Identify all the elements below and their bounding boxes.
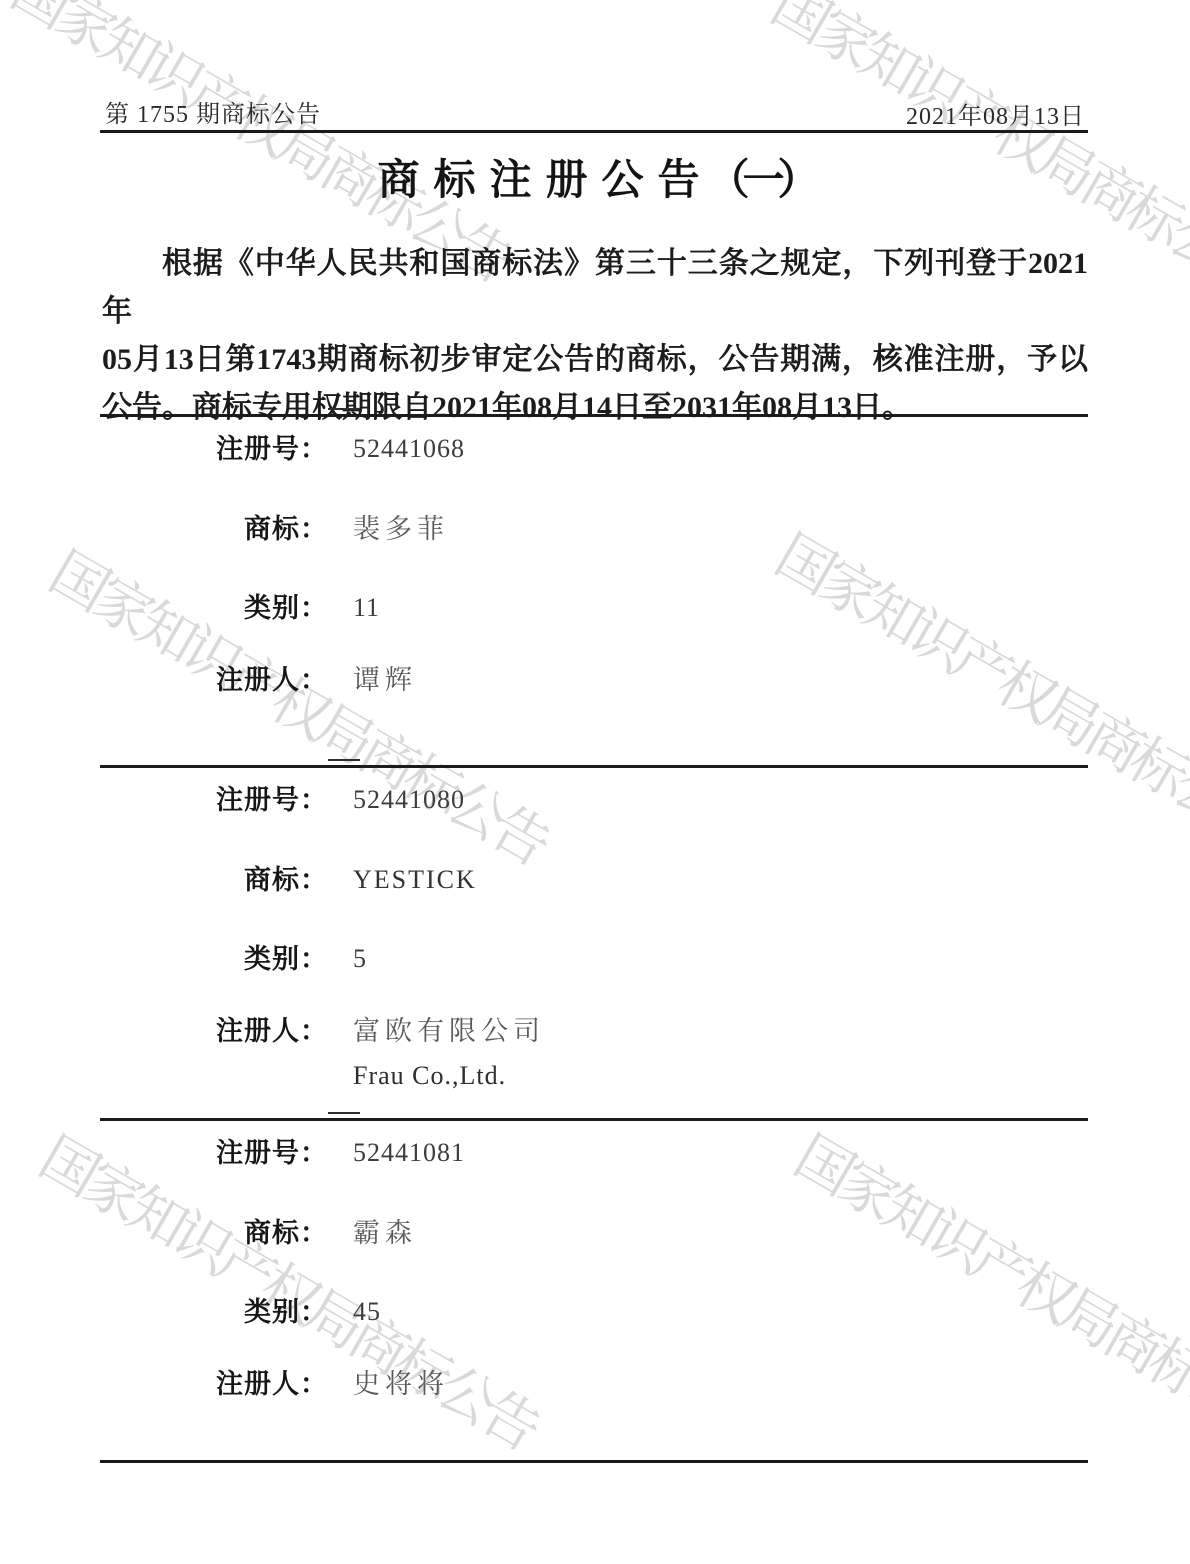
reg-no-row: 注册号： 52441081 [100,1138,1088,1168]
category-row: 类别： 11 [100,593,1088,623]
page-title-main: 商标注册公告 [377,158,713,204]
entry-separator [100,414,1088,417]
category-value: 5 [353,944,367,974]
registrant-label: 注册人： [100,1016,328,1046]
category-label: 类别： [100,944,328,974]
mark-label: 商标： [100,1218,328,1248]
category-row: 类别： 45 [100,1297,1088,1327]
registrant-value: 富欧有限公司 Frau Co.,Ltd. [353,1016,545,1091]
registrant-label: 注册人： [100,665,328,695]
reg-no-row: 注册号： 52441068 [100,434,1088,464]
mark-row: 商标： 裴多菲 [100,514,1088,544]
category-row: 类别： 5 [100,944,1088,974]
trademark-entry: 注册号： 52441068 商标： 裴多菲 类别： 11 注册人： 谭辉 [100,414,1088,765]
registrant-label: 注册人： [100,1369,328,1399]
category-label: 类别： [100,1297,328,1327]
reg-no-label: 注册号： [100,785,328,815]
mark-row: 商标： 霸森 [100,1218,1088,1248]
trademark-entry: 注册号： 52441081 商标： 霸森 类别： 45 注册人： 史将将 [100,1118,1088,1460]
category-value: 11 [353,593,380,623]
reg-no-value: 52441081 [353,1138,465,1168]
entry-separator [100,1118,1088,1121]
reg-no-label: 注册号： [100,1138,328,1168]
category-label: 类别： [100,593,328,623]
registrant-row: 注册人： 富欧有限公司 Frau Co.,Ltd. [100,1016,1088,1091]
mark-label: 商标： [100,865,328,895]
issue-number: 第 1755 期商标公告 [105,94,321,129]
mark-label: 商标： [100,514,328,544]
registrant-name-en: Frau Co.,Ltd. [353,1061,545,1091]
mark-value: YESTICK [353,865,477,895]
intro-line: 根据《中华人民共和国商标法》第三十三条之规定，下列刊登于2021年 [102,240,1088,336]
registrant-row: 注册人： 谭辉 [100,665,1088,695]
bottom-rule [100,1460,1088,1463]
intro-line: 05月13日第1743期商标初步审定公告的商标，公告期满，核准注册，予以 [102,336,1088,384]
publication-date: 2021年08月13日 [906,96,1085,131]
entry-separator [100,765,1088,768]
category-value: 45 [353,1297,381,1327]
reg-no-label: 注册号： [100,434,328,464]
registrant-value: 谭辉 [353,665,417,695]
registrant-row: 注册人： 史将将 [100,1369,1088,1399]
intro-paragraph: 根据《中华人民共和国商标法》第三十三条之规定，下列刊登于2021年 05月13日… [102,240,1088,432]
registrant-value: 史将将 [353,1369,449,1399]
header-rule [100,130,1088,133]
reg-no-value: 52441068 [353,434,465,464]
reg-no-value: 52441080 [353,785,465,815]
document-content: 第 1755 期商标公告 2021年08月13日 商标注册公告（一） 根据《中华… [0,0,1190,1564]
page-title-suffix: （一） [708,158,813,204]
registrant-name-cn: 富欧有限公司 [353,1016,545,1046]
mark-value: 霸森 [353,1218,417,1248]
gazette-page: 国家知识产权局商标公告 国家知识产权局商标公告 国家知识产权局商标公告 国家知识… [0,0,1190,1564]
page-title: 商标注册公告（一） [0,147,1190,207]
reg-no-row: 注册号： 52441080 [100,785,1088,815]
mark-value: 裴多菲 [353,514,449,544]
trademark-entry: 注册号： 52441080 商标： YESTICK 类别： 5 注册人： 富欧有… [100,765,1088,1118]
mark-row: 商标： YESTICK [100,865,1088,895]
